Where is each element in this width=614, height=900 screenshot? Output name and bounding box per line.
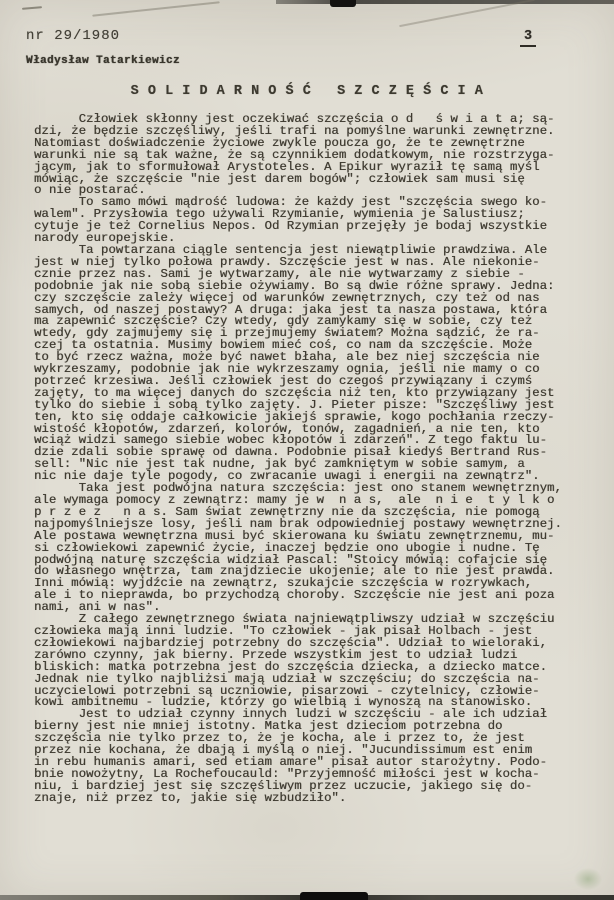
article-title: S O L I D A R N O Ś Ć S Z C Z Ę Ś C I A xyxy=(0,84,614,99)
scratch-mark xyxy=(22,6,42,10)
paragraph: Z całego zewnętrznego świata najniewątpl… xyxy=(34,614,599,709)
scanner-edge-top xyxy=(276,0,614,4)
issue-number: nr 29/1980 xyxy=(26,28,120,44)
paragraph: Człowiek skłonny jest oczekiwać szczęści… xyxy=(34,114,599,197)
paragraph: To samo mówi mądrość ludowa: że każdy je… xyxy=(34,197,599,245)
paragraph: Taka jest podwójna natura szczęścia: jes… xyxy=(34,483,599,614)
scanner-edge-top-blob xyxy=(330,0,356,7)
scratch-mark xyxy=(399,0,535,27)
scratch-mark xyxy=(92,1,220,16)
scanner-edge-bottom-blob xyxy=(300,892,368,900)
scan-page: nr 29/1980 3 Władysław Tatarkiewicz S O … xyxy=(0,0,614,900)
author-name: Władysław Tatarkiewicz xyxy=(26,55,180,67)
stain-smudge xyxy=(574,868,602,890)
article-body: Człowiek skłonny jest oczekiwać szczęści… xyxy=(34,114,599,805)
paragraph: Jest to udział czynny innych ludzi w szc… xyxy=(34,709,599,804)
text-line: znaje, niż przez to, jakie się wzbudziło… xyxy=(34,793,599,805)
page-number: 3 xyxy=(520,29,536,47)
paragraph: Ta powtarzana ciągle sentencja jest niew… xyxy=(34,245,599,483)
